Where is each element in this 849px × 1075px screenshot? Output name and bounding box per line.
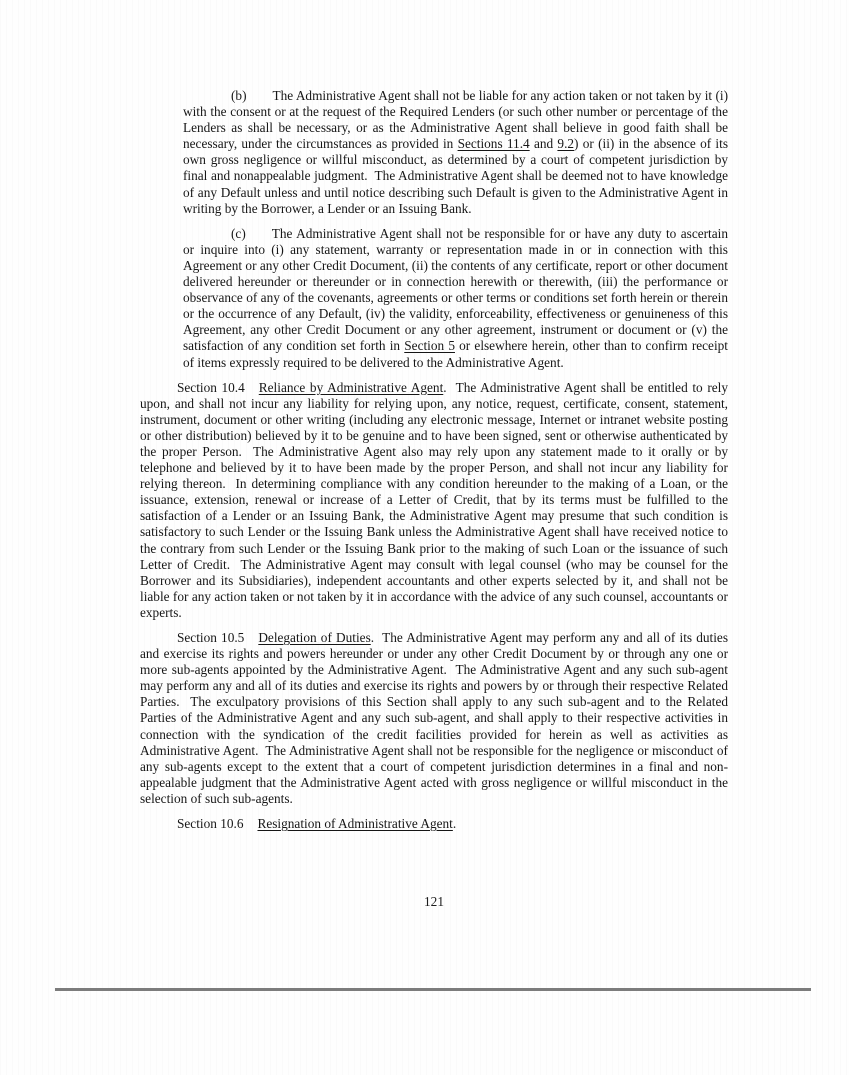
underlined-text-run: Resignation of Administrative Agent — [257, 816, 452, 831]
text-run: . The Administrative Agent shall be enti… — [140, 380, 728, 620]
section-10-6-heading: Section 10.6Resignation of Administrativ… — [140, 816, 728, 832]
paragraph-c: (c)The Administrative Agent shall not be… — [183, 226, 728, 371]
text-run: . The Administrative Agent may perform a… — [140, 630, 728, 806]
text-run: (c) — [231, 226, 246, 241]
tab-space — [244, 641, 258, 642]
text-run: Section 10.4 — [177, 380, 245, 395]
text-run: The Administrative Agent shall not be re… — [183, 226, 728, 354]
text-run: and — [530, 136, 558, 151]
section-10-5-paragraph: Section 10.5Delegation of Duties. The Ad… — [140, 630, 728, 807]
page-number: 121 — [140, 894, 728, 910]
tab-space — [246, 237, 272, 238]
underlined-text-run: Reliance by Administrative Agent — [259, 380, 443, 395]
document-page: (b)The Administrative Agent shall not be… — [0, 0, 849, 1075]
underlined-text-run: Delegation of Duties — [258, 630, 370, 645]
section-10-4-paragraph: Section 10.4Reliance by Administrative A… — [140, 380, 728, 621]
underlined-text-run: Sections 11.4 — [458, 136, 530, 151]
text-run: Section 10.6 — [177, 816, 243, 831]
document-body: (b)The Administrative Agent shall not be… — [140, 88, 728, 841]
text-run: (b) — [231, 88, 247, 103]
text-run: . — [453, 816, 456, 831]
underlined-text-run: 9.2 — [557, 136, 574, 151]
footer-divider-line — [55, 988, 811, 991]
tab-space — [245, 391, 259, 392]
text-run: Section 10.5 — [177, 630, 244, 645]
paragraph-b: (b)The Administrative Agent shall not be… — [183, 88, 728, 217]
tab-space — [243, 827, 257, 828]
underlined-text-run: Section 5 — [404, 338, 455, 353]
tab-space — [247, 99, 273, 100]
